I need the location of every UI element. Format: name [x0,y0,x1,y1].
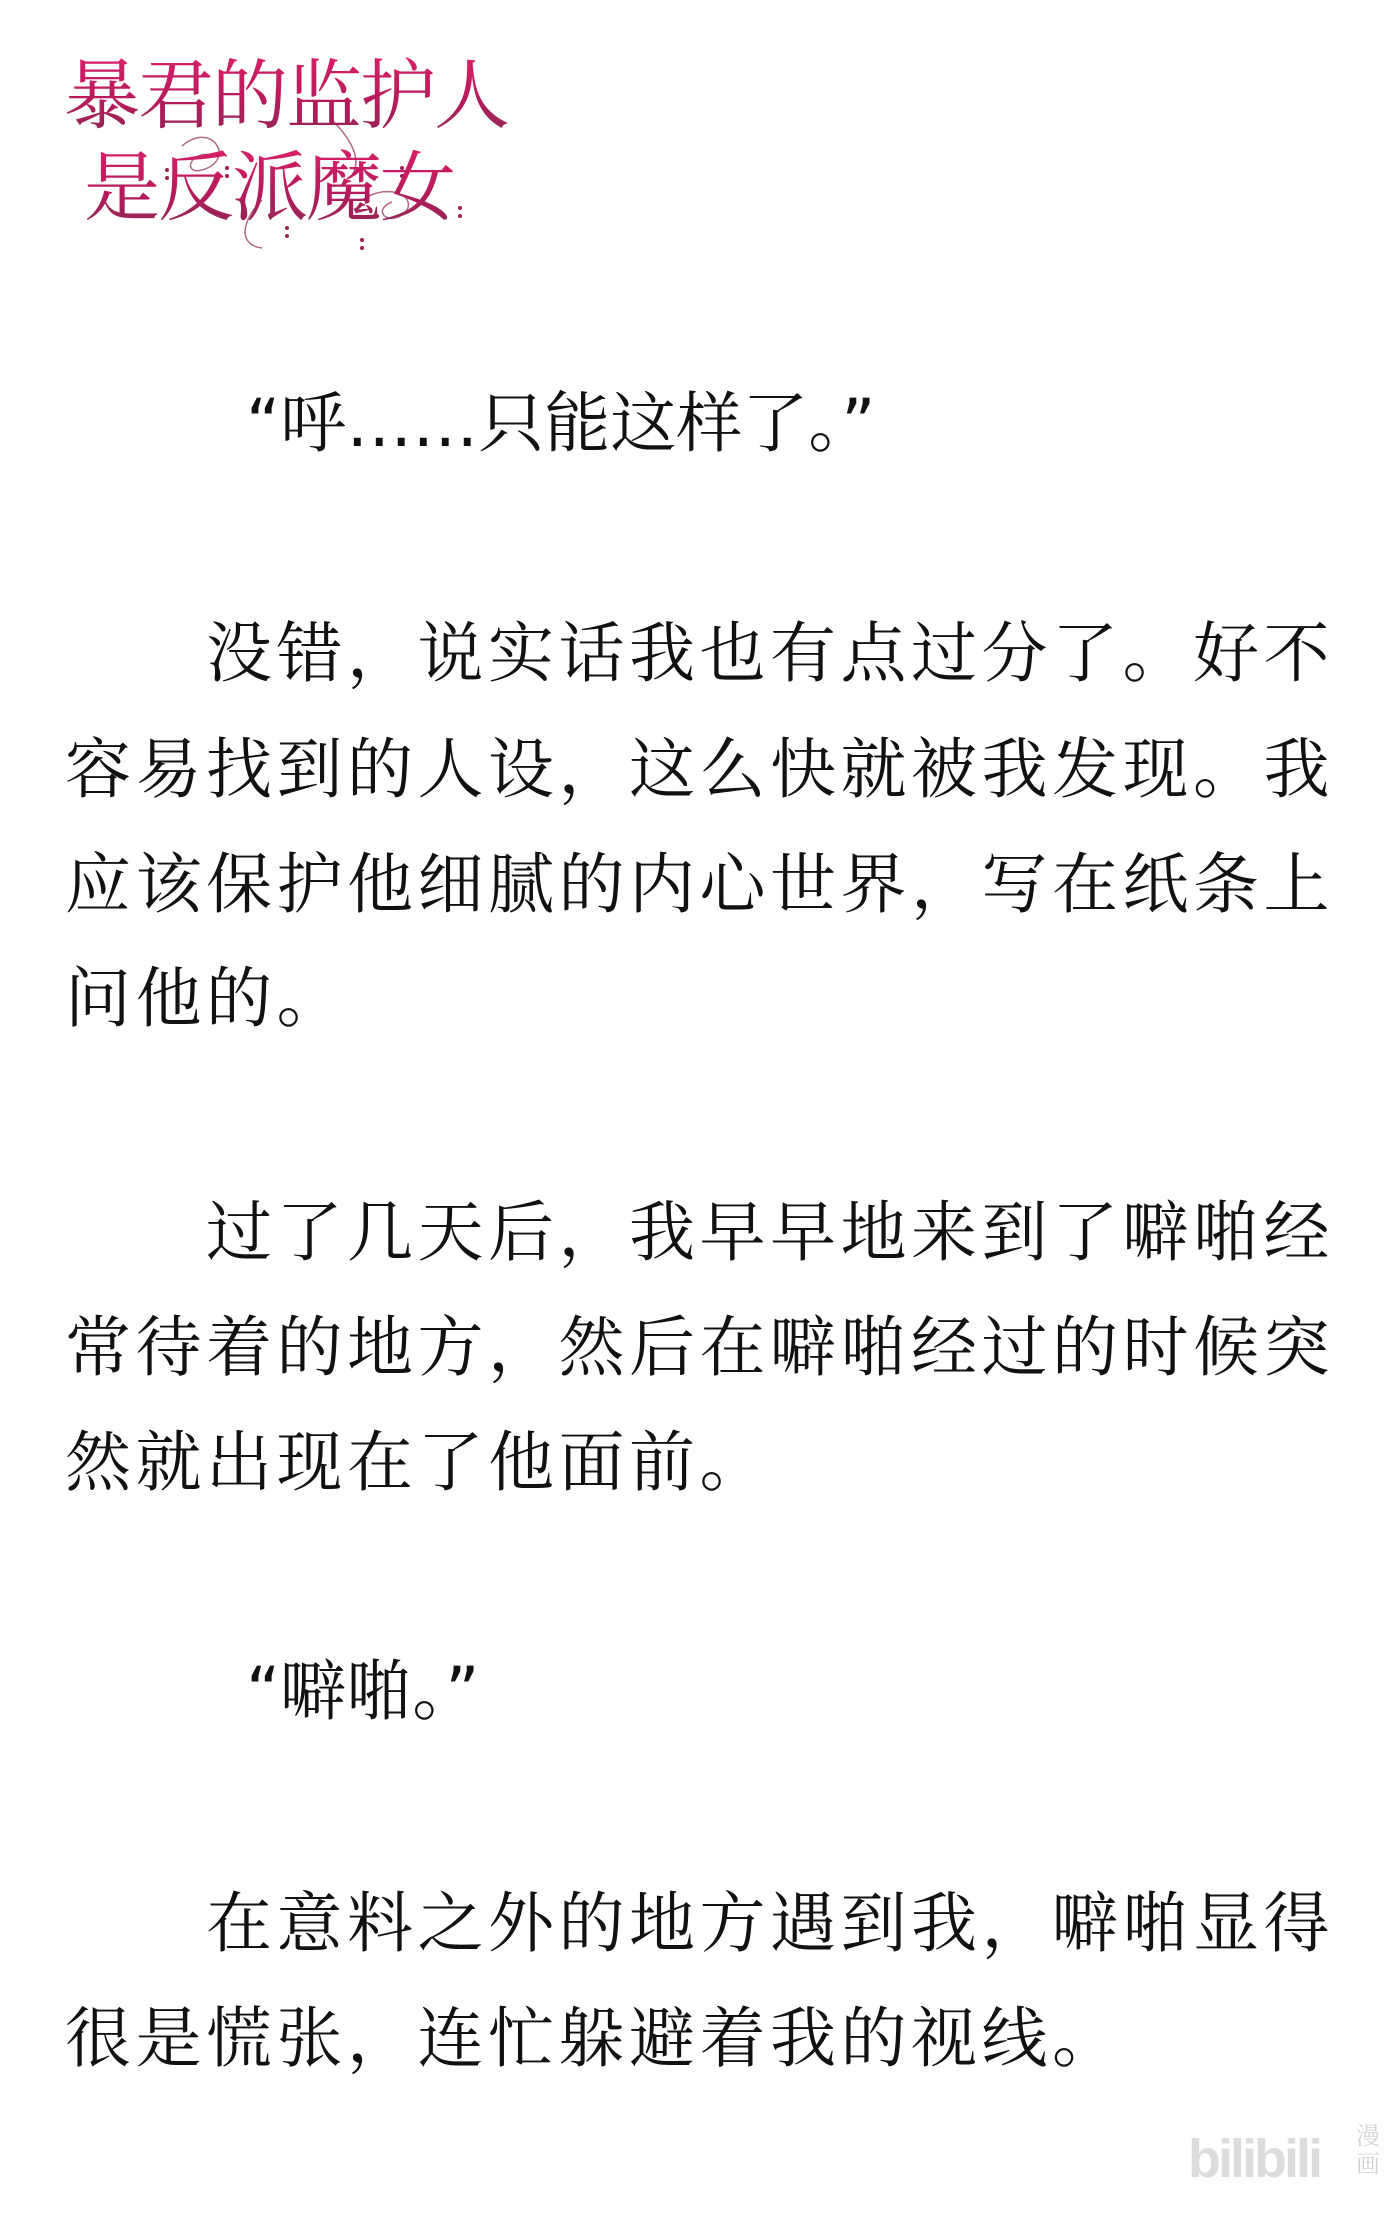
dialogue-line: “噼啪。” [246,1652,479,1732]
paragraph-line: 很是慌张，连忙躲避着我的视线。 [65,1999,1123,2079]
logo-title-line1: 暴君的监护人 [64,50,508,142]
paragraph-line: 没错，说实话我也有点过分了。好不 [206,614,1334,694]
paragraph-line: 应该保护他细腻的内心世界，写在纸条上 [65,845,1334,925]
watermark-brand: bilibili [1188,2126,1320,2192]
paragraph-line: 常待着的地方，然后在噼啪经过的时候突 [65,1308,1334,1388]
dialogue-line: “呼……只能这样了。” [246,384,875,464]
bilibili-manga-watermark: bilibili 漫画 [1188,2122,1388,2202]
paragraph-line: 问他的。 [65,959,347,1039]
paragraph-line: 容易找到的人设，这么快就被我发现。我 [65,730,1334,810]
paragraph-line: 然就出现在了他面前。 [65,1423,770,1503]
comic-title-logo: 暴君的监护人 是反派魔女 [62,50,482,250]
paragraph-line: 在意料之外的地方遇到我，噼啪显得 [206,1884,1334,1964]
watermark-sub: 漫画 [1356,2122,1382,2178]
logo-title-line2: 是反派魔女 [84,142,454,234]
paragraph-line: 过了几天后，我早早地来到了噼啪经 [206,1193,1334,1273]
